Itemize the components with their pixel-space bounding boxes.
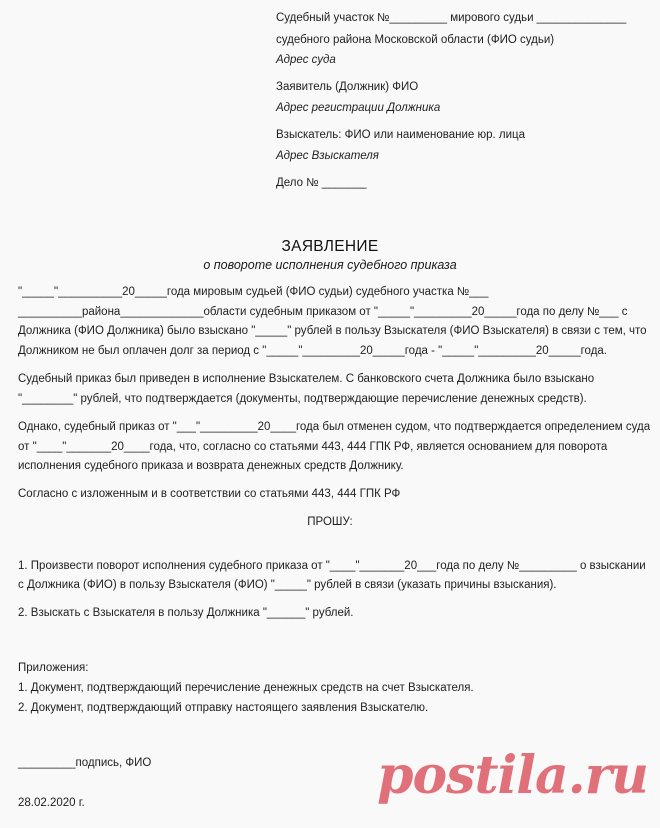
claimant-name: Взыскатель: ФИО или наименование юр. лиц… bbox=[276, 129, 525, 141]
request-item-2: 2. Взыскать с Взыскателя в пользу Должни… bbox=[18, 607, 354, 619]
document-title: ЗАЯВЛЕНИЕ bbox=[0, 238, 660, 256]
case-number: Дело № _______ bbox=[276, 177, 367, 189]
paragraph-1-line-4: Должником не был оплачен долг за период … bbox=[18, 345, 607, 357]
court-line-1: Судебный участок №_________ мирового суд… bbox=[276, 12, 626, 24]
watermark-logo: postila.ru bbox=[377, 745, 648, 806]
court-line-2: судебного района Московской области (ФИО… bbox=[276, 34, 554, 46]
request-heading: ПРОШУ: bbox=[0, 516, 660, 528]
paragraph-1-line-1: "_____"__________20_____года мировым суд… bbox=[18, 286, 488, 298]
paragraph-3-line-3: исполнения судебного приказа и возврата … bbox=[18, 460, 404, 472]
signature-line: _________подпись, ФИО bbox=[18, 757, 151, 769]
attachments-heading: Приложения: bbox=[18, 662, 88, 674]
request-item-1-line-1: 1. Произвести поворот исполнения судебно… bbox=[18, 560, 646, 572]
document-date: 28.02.2020 г. bbox=[18, 797, 85, 809]
claimant-address: Адрес Взыскателя bbox=[276, 150, 379, 162]
document-subtitle: о повороте исполнения судебного приказа bbox=[0, 258, 660, 272]
paragraph-3-line-2: от "____"_______20____года, что, согласн… bbox=[18, 441, 607, 453]
paragraph-1-line-3: Должника (ФИО Должника) было взыскано "_… bbox=[18, 325, 647, 337]
applicant-address: Адрес регистрации Должника bbox=[276, 102, 440, 114]
paragraph-1-line-2: __________района_____________области суд… bbox=[18, 306, 627, 318]
paragraph-2-line-1: Судебный приказ был приведен в исполнени… bbox=[18, 373, 594, 385]
request-item-1-line-2: с Должника (ФИО) в пользу Взыскателя (ФИ… bbox=[18, 579, 557, 591]
paragraph-4: Согласно с изложенным и в соответствии с… bbox=[18, 488, 400, 500]
paragraph-3-line-1: Однако, судебный приказ от "___"________… bbox=[18, 421, 650, 433]
attachment-item-1: 1. Документ, подтверждающий перечисление… bbox=[18, 682, 474, 694]
attachment-item-2: 2. Документ, подтверждающий отправку нас… bbox=[18, 702, 428, 714]
paragraph-2-line-2: "________" рублей, что подтверждается (д… bbox=[18, 393, 587, 405]
court-address: Адрес суда bbox=[276, 54, 336, 66]
applicant-name: Заявитель (Должник) ФИО bbox=[276, 81, 418, 93]
